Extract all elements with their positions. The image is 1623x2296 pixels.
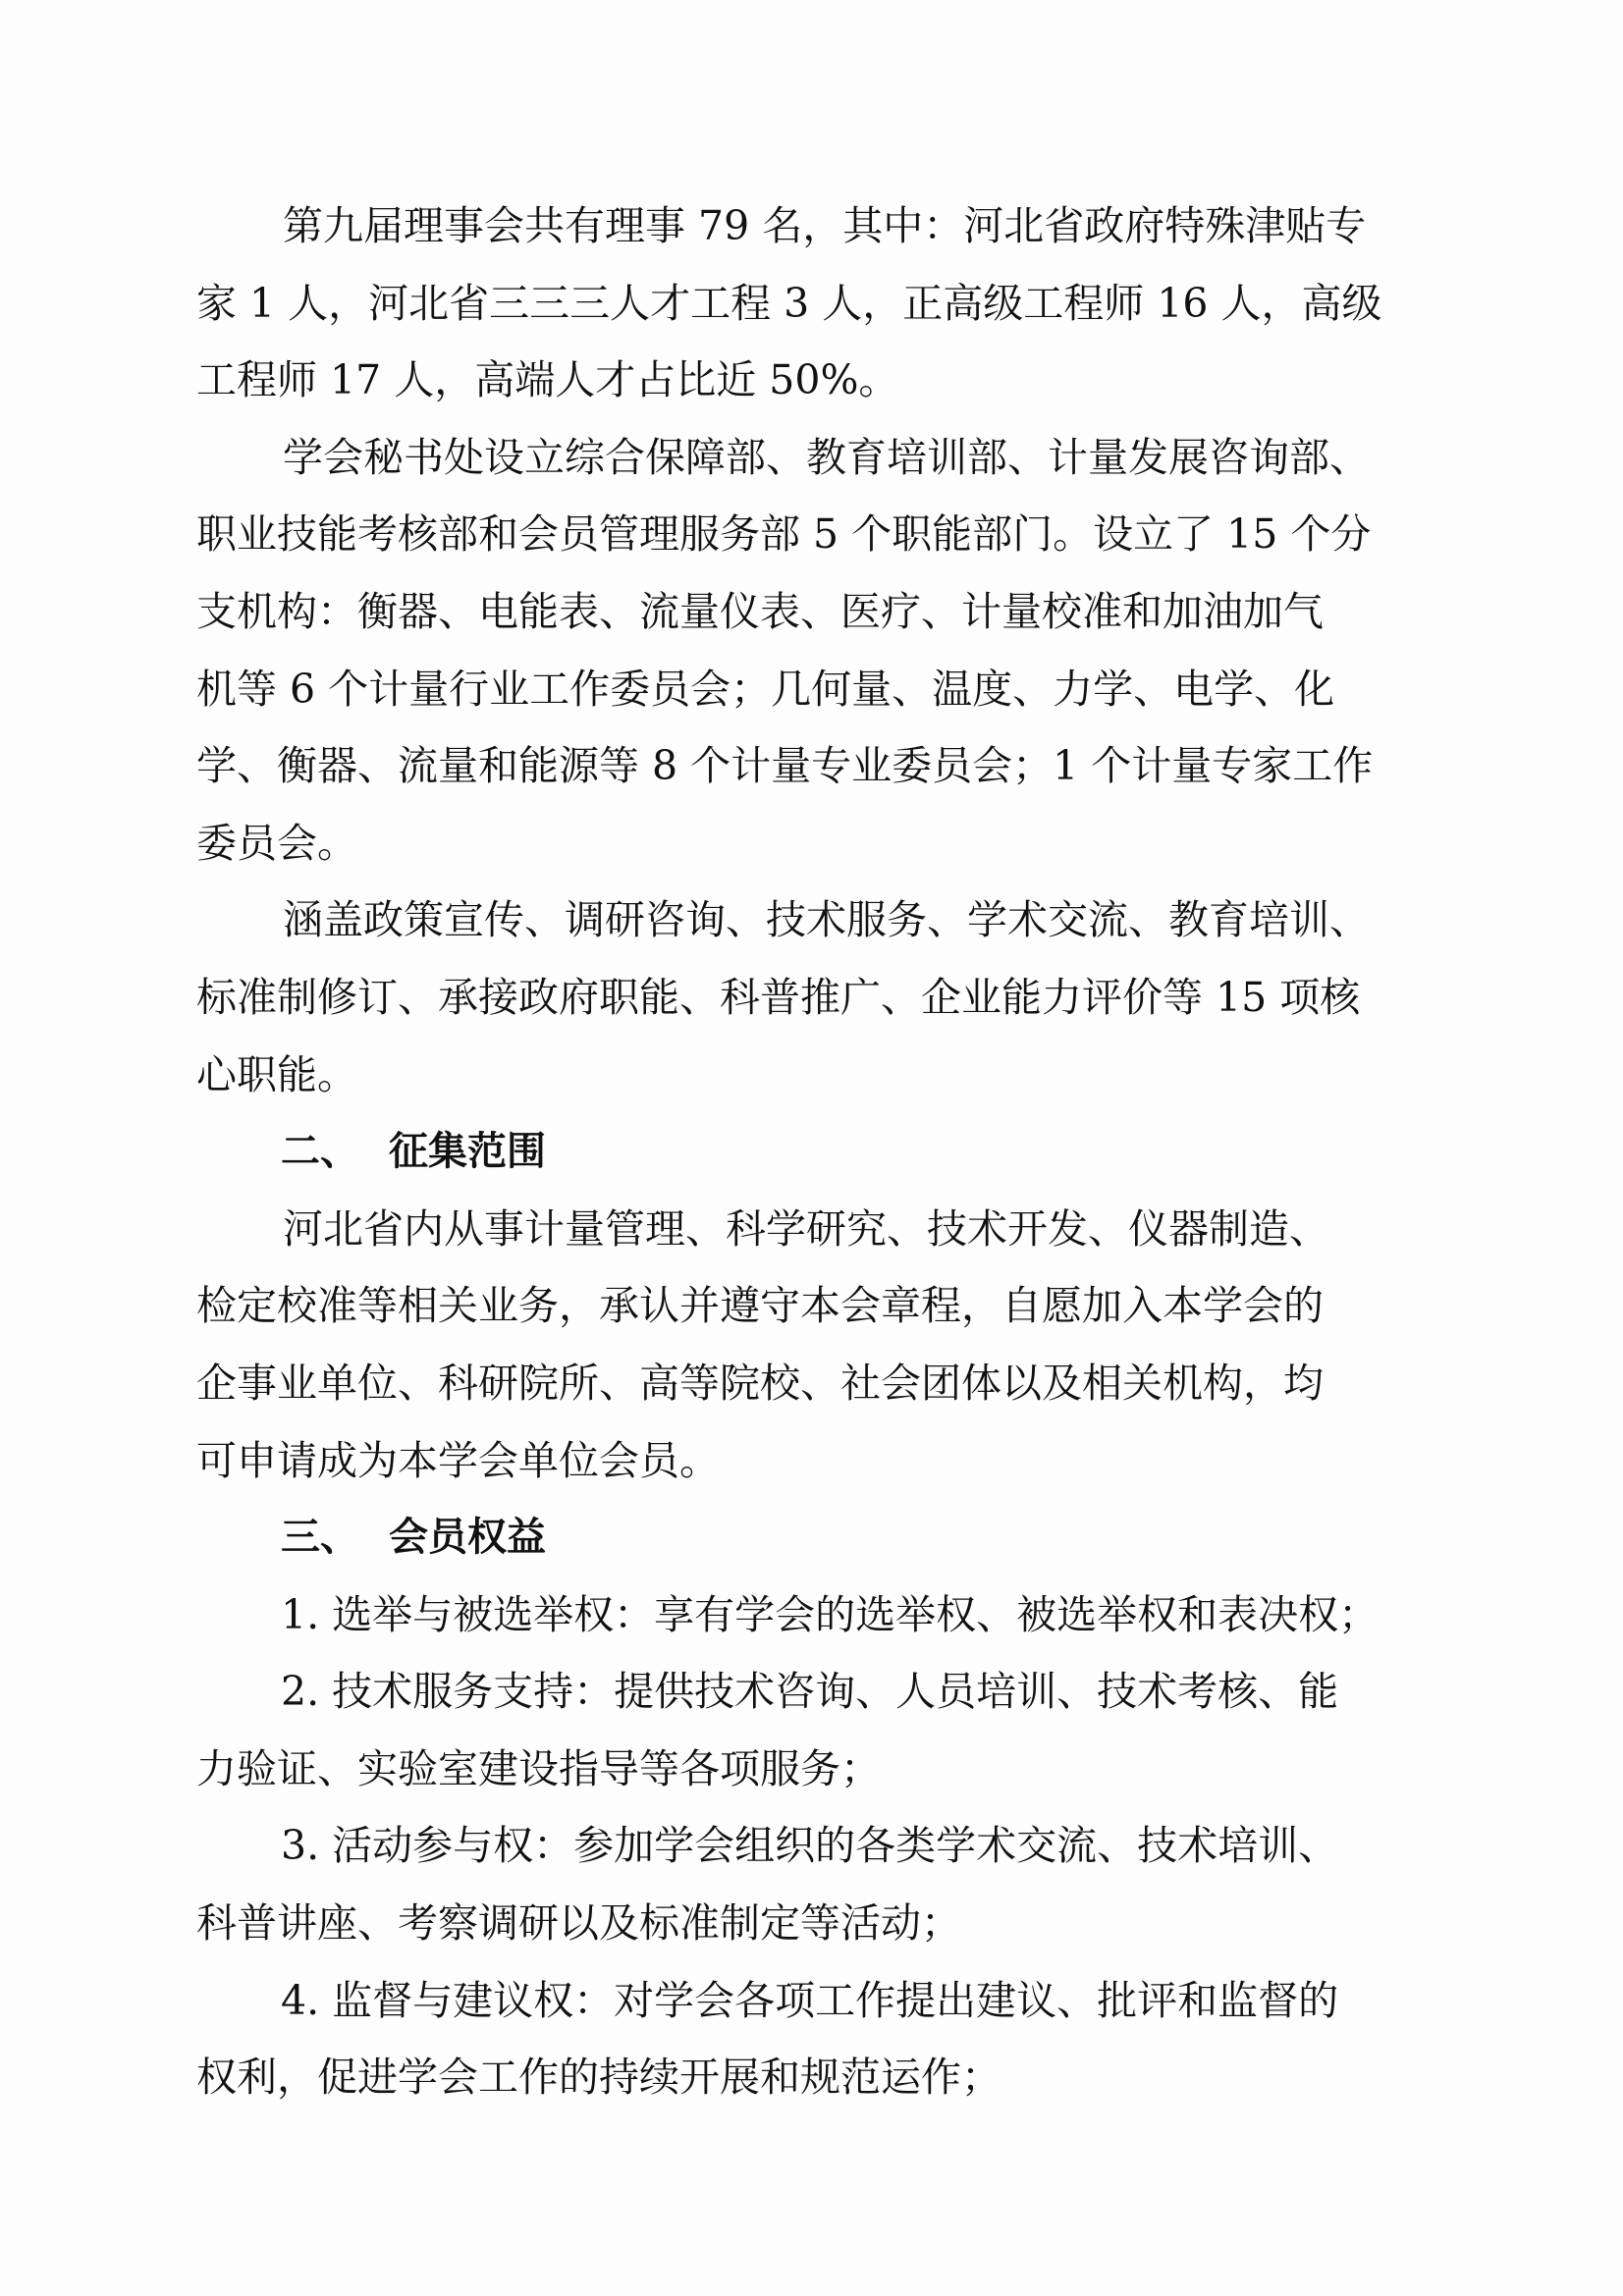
paragraph-scope: 河北省内从事计量管理、科学研究、技术开发、仪器制造、 检定校准等相关业务，承认并… xyxy=(196,1196,1424,1504)
paragraph-council-members: 第九届理事会共有理事 79 名，其中：河北省政府特殊津贴专 家 1 人，河北省三… xyxy=(196,192,1424,424)
text-line: 心职能。 xyxy=(196,1041,1424,1119)
benefit-item-2: 2. 技术服务支持：提供技术咨询、人员培训、技术考核、能 力验证、实验室建设指导… xyxy=(196,1658,1424,1812)
text-line: 可申请成为本学会单位会员。 xyxy=(196,1427,1424,1505)
paragraph-core-functions: 涵盖政策宣传、调研咨询、技术服务、学术交流、教育培训、 标准制修订、承接政府职能… xyxy=(196,886,1424,1118)
document-page: 第九届理事会共有理事 79 名，其中：河北省政府特殊津贴专 家 1 人，河北省三… xyxy=(0,0,1623,2296)
section-heading-scope: 二、征集范围 xyxy=(196,1118,1424,1196)
text-line: 力验证、实验室建设指导等各项服务； xyxy=(196,1735,1424,1813)
text-line: 职业技能考核部和会员管理服务部 5 个职能部门。设立了 15 个分 xyxy=(196,501,1424,578)
heading-title: 会员权益 xyxy=(389,1515,546,1560)
heading-title: 征集范围 xyxy=(389,1129,546,1174)
section-heading-benefits: 三、会员权益 xyxy=(196,1504,1424,1581)
text-line: 科普讲座、考察调研以及标准制定等活动； xyxy=(196,1890,1424,1967)
text-line: 学会秘书处设立综合保障部、教育培训部、计量发展咨询部、 xyxy=(196,424,1424,502)
text-line: 检定校准等相关业务，承认并遵守本会章程，自愿加入本学会的 xyxy=(196,1272,1424,1350)
text-line: 家 1 人，河北省三三三人才工程 3 人，正高级工程师 16 人，高级 xyxy=(196,270,1424,347)
text-line: 企事业单位、科研院所、高等院校、社会团体以及相关机构，均 xyxy=(196,1350,1424,1427)
text-line: 权利，促进学会工作的持续开展和规范运作； xyxy=(196,2044,1424,2121)
text-line: 工程师 17 人，高端人才占比近 50%。 xyxy=(196,347,1424,424)
text-line: 第九届理事会共有理事 79 名，其中：河北省政府特殊津贴专 xyxy=(196,192,1424,270)
text-line: 3. 活动参与权：参加学会组织的各类学术交流、技术培训、 xyxy=(196,1812,1424,1890)
heading-number: 三、 xyxy=(281,1504,389,1571)
benefit-item-1: 1. 选举与被选举权：享有学会的选举权、被选举权和表决权； xyxy=(196,1581,1424,1659)
benefit-item-4: 4. 监督与建议权：对学会各项工作提出建议、批评和监督的 权利，促进学会工作的持… xyxy=(196,1967,1424,2121)
heading-number: 二、 xyxy=(281,1118,389,1185)
text-line: 2. 技术服务支持：提供技术咨询、人员培训、技术考核、能 xyxy=(196,1658,1424,1735)
document-body: 第九届理事会共有理事 79 名，其中：河北省政府特殊津贴专 家 1 人，河北省三… xyxy=(196,192,1424,2121)
text-line: 支机构：衡器、电能表、流量仪表、医疗、计量校准和加油加气 xyxy=(196,578,1424,656)
text-line: 4. 监督与建议权：对学会各项工作提出建议、批评和监督的 xyxy=(196,1967,1424,2045)
text-line: 委员会。 xyxy=(196,810,1424,887)
text-line: 机等 6 个计量行业工作委员会；几何量、温度、力学、电学、化 xyxy=(196,656,1424,733)
benefit-item-3: 3. 活动参与权：参加学会组织的各类学术交流、技术培训、 科普讲座、考察调研以及… xyxy=(196,1812,1424,1966)
text-line: 1. 选举与被选举权：享有学会的选举权、被选举权和表决权； xyxy=(196,1581,1424,1659)
text-line: 学、衡器、流量和能源等 8 个计量专业委员会；1 个计量专家工作 xyxy=(196,732,1424,810)
text-line: 涵盖政策宣传、调研咨询、技术服务、学术交流、教育培训、 xyxy=(196,886,1424,964)
text-line: 标准制修订、承接政府职能、科普推广、企业能力评价等 15 项核 xyxy=(196,964,1424,1041)
text-line: 河北省内从事计量管理、科学研究、技术开发、仪器制造、 xyxy=(196,1196,1424,1273)
paragraph-secretariat-departments: 学会秘书处设立综合保障部、教育培训部、计量发展咨询部、 职业技能考核部和会员管理… xyxy=(196,424,1424,887)
